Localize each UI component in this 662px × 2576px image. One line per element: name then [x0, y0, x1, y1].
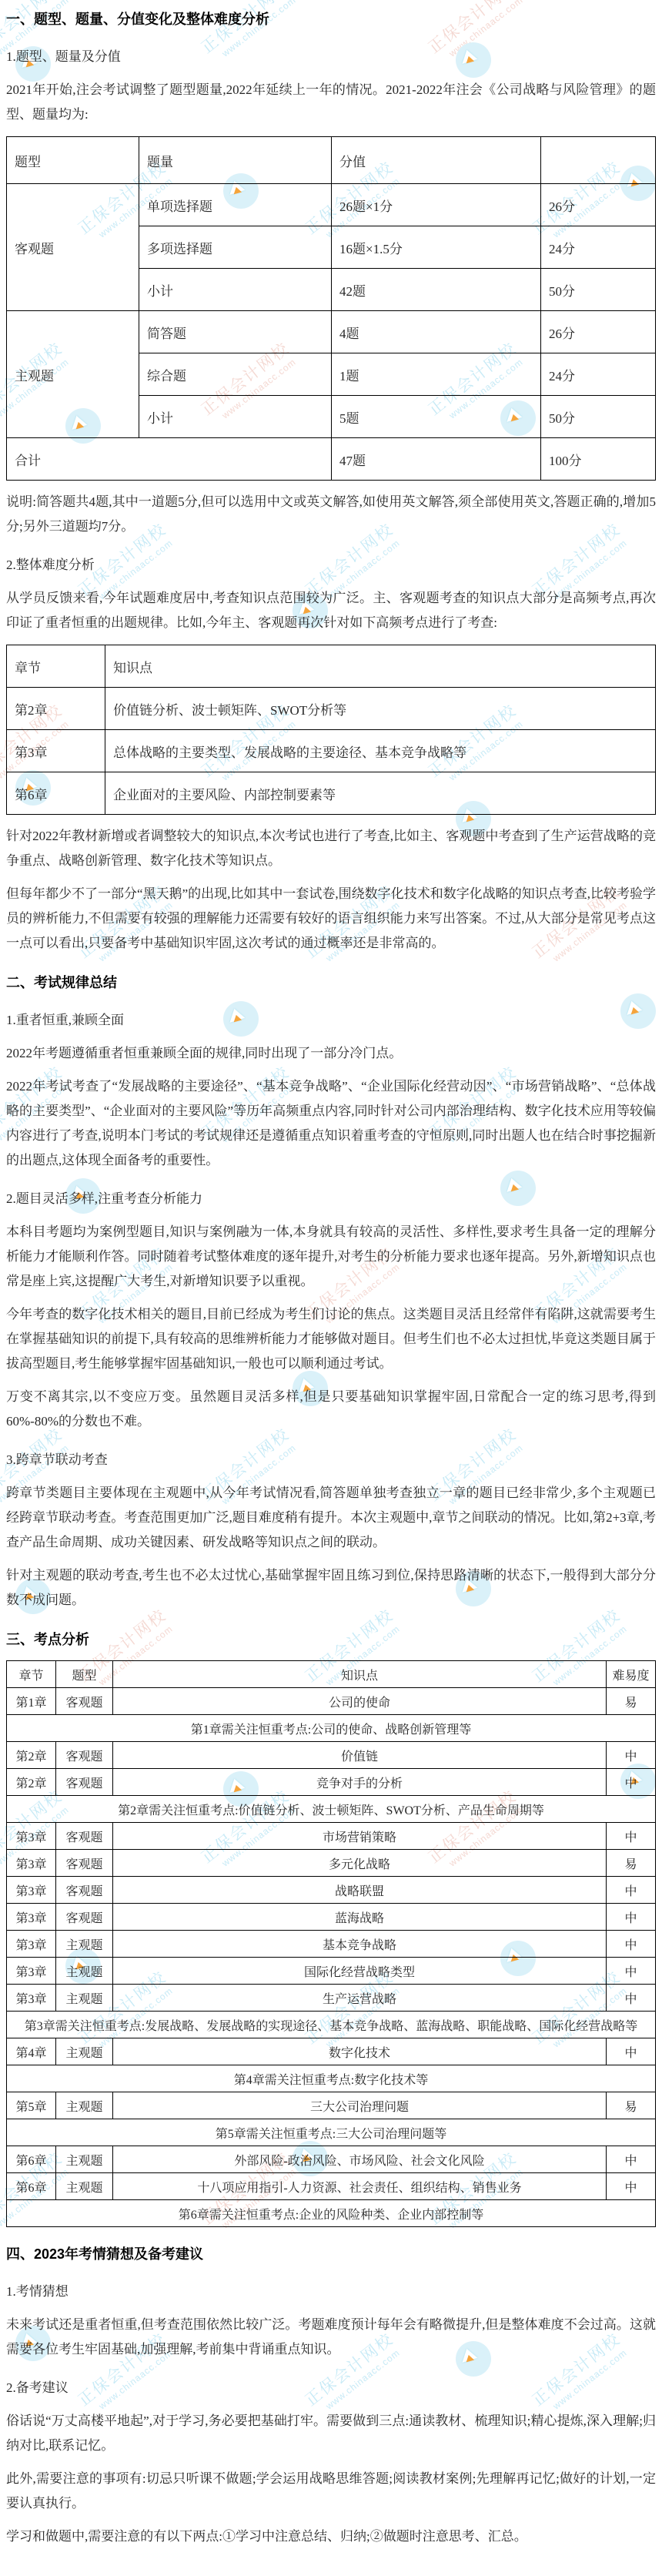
cell-chapter-summary: 第1章需关注恒重考点:公司的使命、战略创新管理等 [7, 1715, 656, 1742]
paragraph: 2021年开始,注会考试调整了题型题量,2022年延续上一年的情况。2021-2… [6, 78, 656, 127]
cell-chapter-summary: 第6章需关注恒重考点:企业的风险种类、企业内部控制等 [7, 2200, 656, 2227]
cell-chapter: 第3章 [7, 1877, 56, 1904]
table-row: 第3章 客观题 多元化战略 易 [7, 1850, 656, 1877]
cell-calc: 47题 [332, 438, 541, 481]
cell-score: 50分 [541, 269, 656, 311]
cell-score: 24分 [541, 226, 656, 269]
paragraph: 此外,需要注意的事项有:切忌只听课不做题;学会运用战略思维答题;阅读教材案例;先… [6, 2467, 656, 2516]
paragraph: 未来考试还是重者恒重,但考查范围依然比较广泛。考题难度预计每年会有略微提升,但是… [6, 2313, 656, 2362]
cell-qtype: 客观题 [56, 1850, 113, 1877]
cell-points: 总体战略的主要类型、发展战略的主要途径、基本竞争战略等 [105, 730, 656, 772]
cell-item: 综合题 [139, 353, 332, 396]
section1-heading: 一、题型、题量、分值变化及整体难度分析 [6, 8, 656, 31]
cell-qtype: 主观题 [56, 1985, 113, 2012]
table-row: 第3章 客观题 蓝海战略 中 [7, 1904, 656, 1931]
cell-difficulty: 中 [607, 1742, 656, 1769]
col-header-knowledge-point: 知识点 [105, 645, 656, 688]
paragraph: 2022年考题遵循重者恒重兼顾全面的规律,同时出现了一部分冷门点。 [6, 1041, 656, 1066]
paragraph: 跨章节类题目主要体现在主观题中,从今年考试情况看,简答题单独考查独立一章的题目已… [6, 1481, 656, 1555]
paragraph: 2022年考试考查了“发展战略的主要途径”、“基本竞争战略”、“企业国际化经营动… [6, 1074, 656, 1173]
cell-point: 多元化战略 [113, 1850, 607, 1877]
cell-chapter: 第2章 [7, 688, 105, 730]
cell-chapter: 第3章 [7, 1958, 56, 1985]
cell-qtype: 客观题 [56, 1877, 113, 1904]
paragraph: 本科目考题均为案例型题目,知识与案例融为一体,本身就具有较高的灵活性、多样性,要… [6, 1220, 656, 1294]
cell-calc: 5题 [332, 396, 541, 438]
section4-heading: 四、2023年考情猜想及备考建议 [6, 2243, 656, 2266]
cell-qtype: 主观题 [56, 2092, 113, 2119]
cell-calc: 16题×1.5分 [332, 226, 541, 269]
section1-subheading-1: 1.题型、题量及分值 [6, 45, 656, 69]
cell-chapter: 第5章 [7, 2092, 56, 2119]
table-row: 第3章 主观题 基本竞争战略 中 [7, 1931, 656, 1958]
section3-heading: 三、考点分析 [6, 1628, 656, 1651]
cell-chapter: 第3章 [7, 1931, 56, 1958]
cell-chapter: 第3章 [7, 1850, 56, 1877]
cell-qtype: 主观题 [56, 2173, 113, 2200]
chapter-summary-row: 第1章需关注恒重考点:公司的使命、战略创新管理等 [7, 1715, 656, 1742]
cell-item: 单项选择题 [139, 184, 332, 226]
cell-chapter: 第3章 [7, 1823, 56, 1850]
cell-score: 50分 [541, 396, 656, 438]
cell-chapter: 第3章 [7, 1904, 56, 1931]
table-row: 第3章 主观题 生产运营战略 中 [7, 1985, 656, 2012]
cell-qtype: 客观题 [56, 1904, 113, 1931]
cell-difficulty: 易 [607, 2092, 656, 2119]
cell-group: 主观题 [7, 311, 139, 438]
cell-difficulty: 中 [607, 1769, 656, 1796]
section2-heading: 二、考试规律总结 [6, 971, 656, 994]
cell-point: 基本竞争战略 [113, 1931, 607, 1958]
cell-chapter-summary: 第5章需关注恒重考点:三大公司治理问题等 [7, 2119, 656, 2146]
cell-qtype: 客观题 [56, 1823, 113, 1850]
table-total-row: 合计 47题 100分 [7, 438, 656, 481]
table-row: 第2章 客观题 价值链 中 [7, 1742, 656, 1769]
cell-difficulty: 中 [607, 1877, 656, 1904]
col-header-question-type: 题型 [7, 137, 139, 184]
col-header-chapter: 章节 [7, 645, 105, 688]
cell-chapter-summary: 第3章需关注恒重考点:发展战略、发展战略的实现途径、基本竞争战略、蓝海战略、职能… [7, 2012, 656, 2038]
cell-item: 小计 [139, 269, 332, 311]
chapter-summary-row: 第3章需关注恒重考点:发展战略、发展战略的实现途径、基本竞争战略、蓝海战略、职能… [7, 2012, 656, 2038]
cell-difficulty: 中 [607, 1958, 656, 1985]
document-content: 一、题型、题量、分值变化及整体难度分析 1.题型、题量及分值 2021年开始,注… [0, 0, 662, 2576]
col-header-question-type: 题型 [56, 1661, 113, 1688]
cell-chapter: 第2章 [7, 1769, 56, 1796]
cell-point: 数字化技术 [113, 2038, 607, 2065]
cell-qtype: 主观题 [56, 1958, 113, 1985]
cell-qtype: 客观题 [56, 1742, 113, 1769]
cell-qtype: 主观题 [56, 2038, 113, 2065]
cell-chapter-summary: 第2章需关注恒重考点:价值链分析、波士顿矩阵、SWOT分析、产品生命周期等 [7, 1796, 656, 1823]
paragraph: 但每年都少不了一部分“黑天鹅”的出现,比如其中一套试卷,围绕数字化技术和数字化战… [6, 882, 656, 956]
cell-difficulty: 中 [607, 2146, 656, 2173]
question-type-table: 题型 题量 分值 客观题 单项选择题 26题×1分 26分 多项选择题 16题×… [6, 136, 656, 481]
cell-point: 国际化经营战略类型 [113, 1958, 607, 1985]
cell-point: 公司的使命 [113, 1688, 607, 1715]
cell-score: 24分 [541, 353, 656, 396]
cell-difficulty: 中 [607, 1904, 656, 1931]
cell-score: 26分 [541, 184, 656, 226]
cell-calc: 4题 [332, 311, 541, 353]
chapter-summary-row: 第2章需关注恒重考点:价值链分析、波士顿矩阵、SWOT分析、产品生命周期等 [7, 1796, 656, 1823]
col-header-empty [541, 137, 656, 184]
table-row: 第6章 主观题 十八项应用指引-人力资源、社会责任、组织结构、销售业务 中 [7, 2173, 656, 2200]
table-note: 说明:简答题共4题,其中一道题5分,但可以选用中文或英文解答,如使用英文解答,须… [6, 490, 656, 539]
cell-item: 简答题 [139, 311, 332, 353]
cell-point: 蓝海战略 [113, 1904, 607, 1931]
section4-subheading-2: 2.备考建议 [6, 2376, 656, 2400]
cell-qtype: 主观题 [56, 1931, 113, 1958]
col-header-score: 分值 [332, 137, 541, 184]
chapter-summary-row: 第5章需关注恒重考点:三大公司治理问题等 [7, 2119, 656, 2146]
cell-total-label: 合计 [7, 438, 332, 481]
section2-subheading-1: 1.重者恒重,兼顾全面 [6, 1008, 656, 1033]
paragraph: 今年考查的数字化技术相关的题目,目前已经成为考生们讨论的焦点。这类题目灵活且经常… [6, 1302, 656, 1376]
paragraph: 学习和做题中,需要注意的有以下两点:①学习中注意总结、归纳;②做题时注意思考、汇… [6, 2524, 656, 2549]
section1-subheading-2: 2.整体难度分析 [6, 553, 656, 578]
col-header-knowledge-point: 知识点 [113, 1661, 607, 1688]
cell-difficulty: 易 [607, 1850, 656, 1877]
cell-item: 小计 [139, 396, 332, 438]
col-header-chapter: 章节 [7, 1661, 56, 1688]
cell-point: 竞争对手的分析 [113, 1769, 607, 1796]
cell-chapter: 第6章 [7, 772, 105, 815]
cell-calc: 26题×1分 [332, 184, 541, 226]
section2-subheading-3: 3.跨章节联动考查 [6, 1448, 656, 1472]
section2-subheading-2: 2.题目灵活多样,注重考查分析能力 [6, 1187, 656, 1211]
cell-chapter: 第3章 [7, 730, 105, 772]
cell-difficulty: 中 [607, 2038, 656, 2065]
col-header-difficulty: 难易度 [607, 1661, 656, 1688]
cell-difficulty: 中 [607, 1985, 656, 2012]
table-row: 第3章 客观题 市场营销策略 中 [7, 1823, 656, 1850]
cell-chapter: 第6章 [7, 2146, 56, 2173]
exam-points-table: 章节 题型 知识点 难易度 第1章 客观题 公司的使命 易 第1章需关注恒重考点… [6, 1660, 656, 2227]
cell-calc: 1题 [332, 353, 541, 396]
cell-point: 外部风险-政治风险、市场风险、社会文化风险 [113, 2146, 607, 2173]
paragraph: 针对主观题的联动考查,考生也不必太过忧心,基础掌握牢固且练习到位,保持思路清晰的… [6, 1563, 656, 1613]
table-row: 第6章 企业面对的主要风险、内部控制要素等 [7, 772, 656, 815]
cell-difficulty: 中 [607, 1931, 656, 1958]
cell-difficulty: 易 [607, 1688, 656, 1715]
cell-score: 100分 [541, 438, 656, 481]
table-row: 第6章 主观题 外部风险-政治风险、市场风险、社会文化风险 中 [7, 2146, 656, 2173]
cell-points: 价值链分析、波士顿矩阵、SWOT分析等 [105, 688, 656, 730]
cell-chapter: 第1章 [7, 1688, 56, 1715]
paragraph: 针对2022年教材新增或者调整较大的知识点,本次考试也进行了考查,比如主、客观题… [6, 824, 656, 873]
table-row: 第3章 客观题 战略联盟 中 [7, 1877, 656, 1904]
hot-topics-table: 章节 知识点 第2章 价值链分析、波士顿矩阵、SWOT分析等 第3章 总体战略的… [6, 645, 656, 815]
cell-points: 企业面对的主要风险、内部控制要素等 [105, 772, 656, 815]
cell-chapter: 第3章 [7, 1985, 56, 2012]
cell-difficulty: 中 [607, 2173, 656, 2200]
col-header-question-count: 题量 [139, 137, 332, 184]
table-row: 第2章 价值链分析、波士顿矩阵、SWOT分析等 [7, 688, 656, 730]
table-header-row: 题型 题量 分值 [7, 137, 656, 184]
chapter-summary-row: 第4章需关注恒重考点:数字化技术等 [7, 2065, 656, 2092]
cell-qtype: 客观题 [56, 1688, 113, 1715]
chapter-summary-row: 第6章需关注恒重考点:企业的风险种类、企业内部控制等 [7, 2200, 656, 2227]
cell-chapter: 第6章 [7, 2173, 56, 2200]
cell-group: 客观题 [7, 184, 139, 311]
cell-point: 市场营销策略 [113, 1823, 607, 1850]
table-row: 客观题 单项选择题 26题×1分 26分 [7, 184, 656, 226]
paragraph: 俗话说“万丈高楼平地起”,对于学习,务必要把基础打牢。需要做到三点:通读教材、梳… [6, 2409, 656, 2458]
cell-qtype: 客观题 [56, 1769, 113, 1796]
cell-point: 生产运营战略 [113, 1985, 607, 2012]
table-row: 主观题 简答题 4题 26分 [7, 311, 656, 353]
cell-point: 战略联盟 [113, 1877, 607, 1904]
cell-chapter: 第4章 [7, 2038, 56, 2065]
paragraph: 万变不离其宗,以不变应万变。虽然题目灵活多样,但是只要基础知识掌握牢固,日常配合… [6, 1385, 656, 1434]
table-row: 第3章 主观题 国际化经营战略类型 中 [7, 1958, 656, 1985]
cell-point: 价值链 [113, 1742, 607, 1769]
section4-subheading-1: 1.考情猜想 [6, 2280, 656, 2304]
cell-qtype: 主观题 [56, 2146, 113, 2173]
cell-item: 多项选择题 [139, 226, 332, 269]
paragraph: 从学员反馈来看,今年试题难度居中,考查知识点范围较为广泛。主、客观题考查的知识点… [6, 586, 656, 635]
cell-point: 三大公司治理问题 [113, 2092, 607, 2119]
table-header-row: 章节 题型 知识点 难易度 [7, 1661, 656, 1688]
cell-calc: 42题 [332, 269, 541, 311]
document-page: 正保会计网校www.chinaacc.com正保会计网校www.chinaacc… [0, 0, 662, 2576]
cell-score: 26分 [541, 311, 656, 353]
cell-difficulty: 中 [607, 1823, 656, 1850]
table-row: 第5章 主观题 三大公司治理问题 易 [7, 2092, 656, 2119]
table-row: 第2章 客观题 竞争对手的分析 中 [7, 1769, 656, 1796]
table-row: 第4章 主观题 数字化技术 中 [7, 2038, 656, 2065]
table-header-row: 章节 知识点 [7, 645, 656, 688]
table-row: 第1章 客观题 公司的使命 易 [7, 1688, 656, 1715]
cell-point: 十八项应用指引-人力资源、社会责任、组织结构、销售业务 [113, 2173, 607, 2200]
cell-chapter: 第2章 [7, 1742, 56, 1769]
cell-chapter-summary: 第4章需关注恒重考点:数字化技术等 [7, 2065, 656, 2092]
table-row: 第3章 总体战略的主要类型、发展战略的主要途径、基本竞争战略等 [7, 730, 656, 772]
